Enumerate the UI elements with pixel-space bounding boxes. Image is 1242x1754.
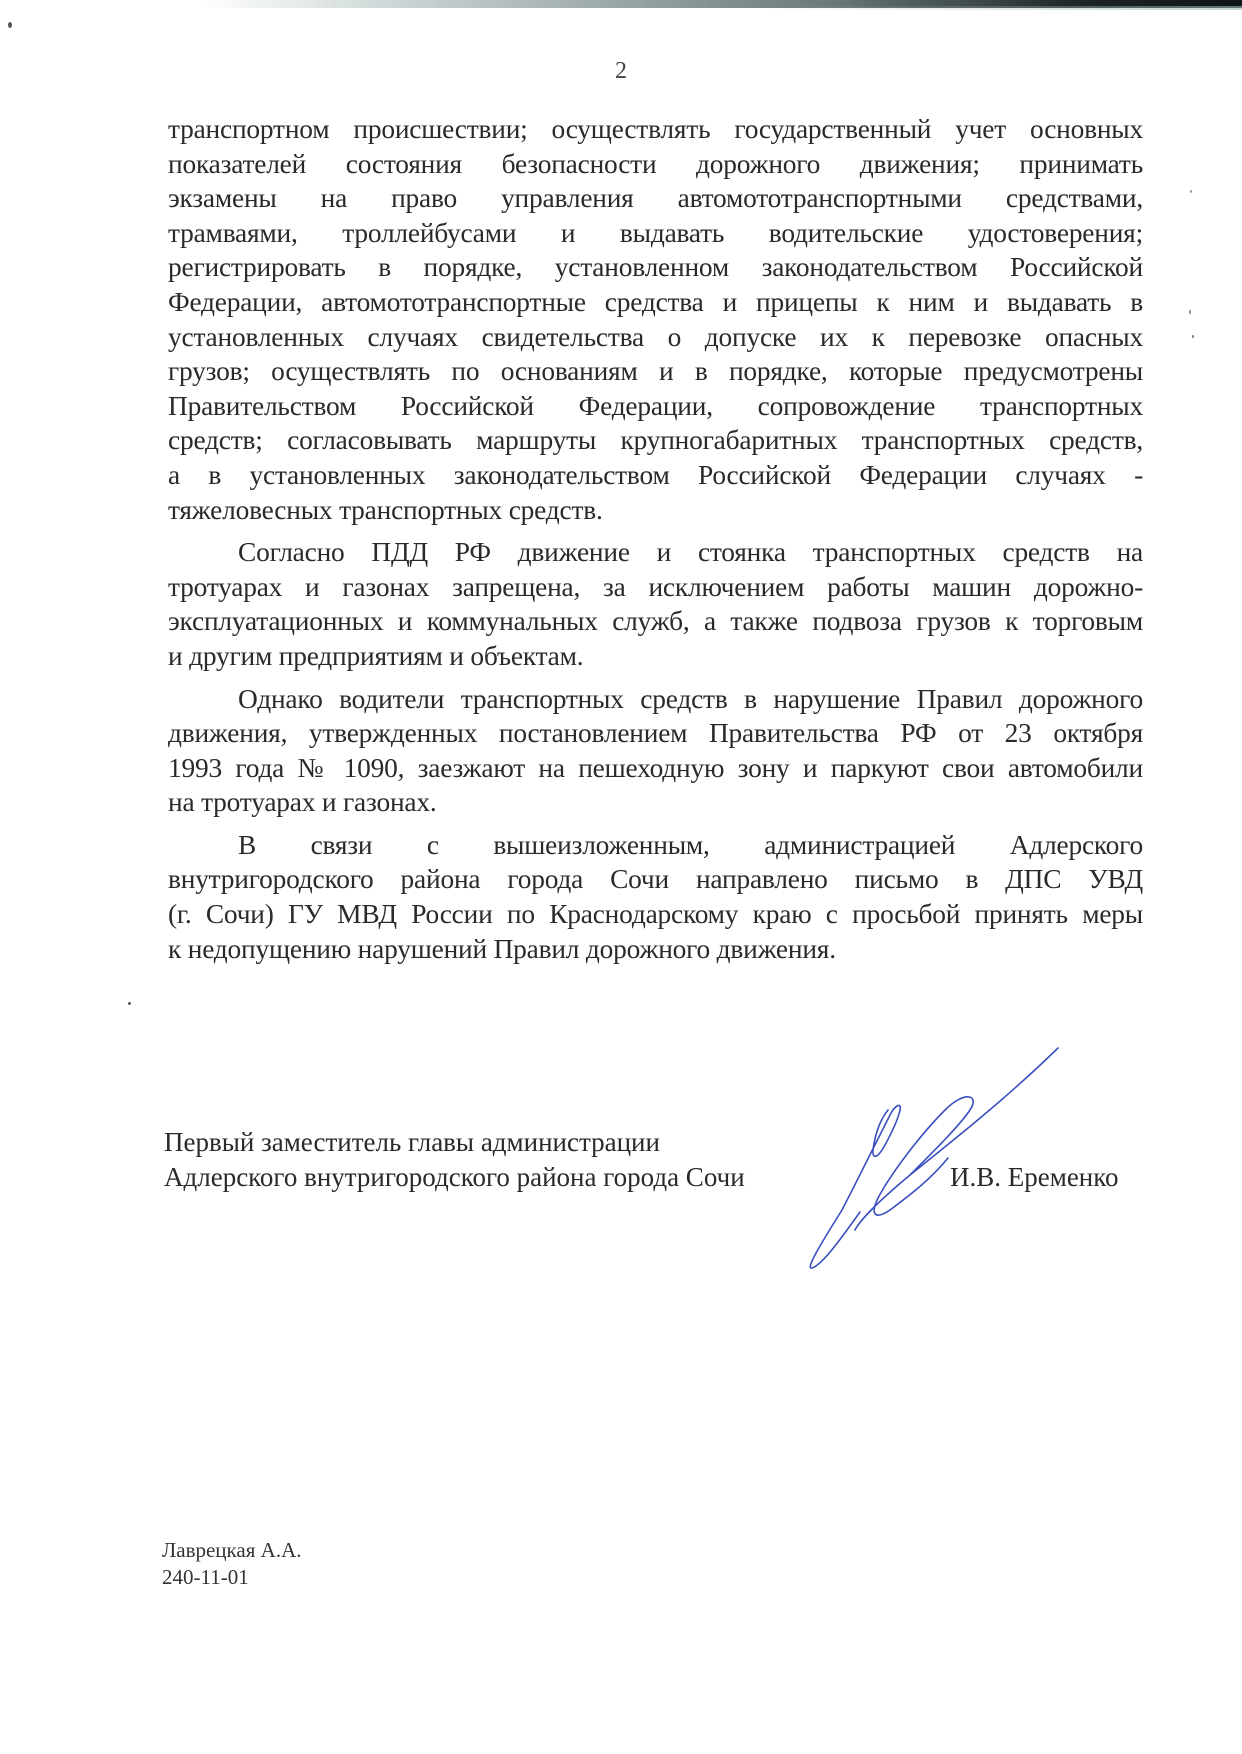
- text-line: Однако водители транспортных средств в н…: [168, 682, 1143, 717]
- paragraph-measures: В связи с вышеизложенным, администрацией…: [168, 828, 1143, 966]
- page-number: 2: [0, 58, 1242, 85]
- scan-edge-shadow: [760, 6, 1242, 10]
- text-line: грузов; осуществлять по основаниям и в п…: [168, 354, 1143, 389]
- scan-speck: [1192, 335, 1194, 338]
- scan-speck: [1190, 190, 1192, 193]
- text-line: и другим предприятиям и объектам.: [168, 639, 1143, 674]
- signature-block: Первый заместитель главы администрации А…: [164, 1125, 1144, 1195]
- text-line: на тротуарах и газонах.: [168, 785, 1143, 820]
- paragraph-continuation: транспортном происшествии; осуществлять …: [168, 112, 1143, 527]
- text-line: к недопущению нарушений Правил дорожного…: [168, 932, 1143, 967]
- scan-speck: [8, 22, 12, 28]
- text-line: экзамены на право управления автомототра…: [168, 181, 1143, 216]
- text-line: установленных случаях свидетельства о до…: [168, 320, 1143, 355]
- text-line: внутригородского района города Сочи напр…: [168, 862, 1143, 897]
- paragraph-traffic-rules: Согласно ПДД РФ движение и стоянка транс…: [168, 535, 1143, 673]
- text-line: регистрировать в порядке, установленном …: [168, 250, 1143, 285]
- text-line: а в установленных законодательством Росс…: [168, 458, 1143, 493]
- executor-phone: 240-11-01: [162, 1564, 301, 1591]
- text-line: Согласно ПДД РФ движение и стоянка транс…: [168, 535, 1143, 570]
- text-line: В связи с вышеизложенным, администрацией…: [168, 828, 1143, 863]
- text-line: транспортном происшествии; осуществлять …: [168, 112, 1143, 147]
- text-line: (г. Сочи) ГУ МВД России по Краснодарском…: [168, 897, 1143, 932]
- text-line: Федерации, автомототранспортные средства…: [168, 285, 1143, 320]
- text-line: тяжеловесных транспортных средств.: [168, 493, 1143, 528]
- letter-body: транспортном происшествии; осуществлять …: [168, 112, 1143, 966]
- executor-info: Лаврецкая А.А. 240-11-01: [162, 1537, 301, 1591]
- text-line: показателей состояния безопасности дорож…: [168, 147, 1143, 182]
- paragraph-violations: Однако водители транспортных средств в н…: [168, 682, 1143, 820]
- text-line: тротуарах и газонах запрещена, за исключ…: [168, 570, 1143, 605]
- scan-speck: [1189, 310, 1191, 314]
- text-line: средств; согласовывать маршруты крупнога…: [168, 423, 1143, 458]
- executor-name: Лаврецкая А.А.: [162, 1537, 301, 1564]
- signatory-title-line-1: Первый заместитель главы администрации: [164, 1125, 1144, 1160]
- text-line: эксплуатационных и коммунальных служб, а…: [168, 604, 1143, 639]
- text-line: Правительством Российской Федерации, соп…: [168, 389, 1143, 424]
- text-line: 1993 года № 1090, заезжают на пешеходную…: [168, 751, 1143, 786]
- text-line: трамваями, троллейбусами и выдавать води…: [168, 216, 1143, 251]
- scan-speck: [128, 1002, 131, 1005]
- text-line: движения, утвержденных постановлением Пр…: [168, 716, 1143, 751]
- signer-name: И.В. Еременко: [950, 1160, 1119, 1195]
